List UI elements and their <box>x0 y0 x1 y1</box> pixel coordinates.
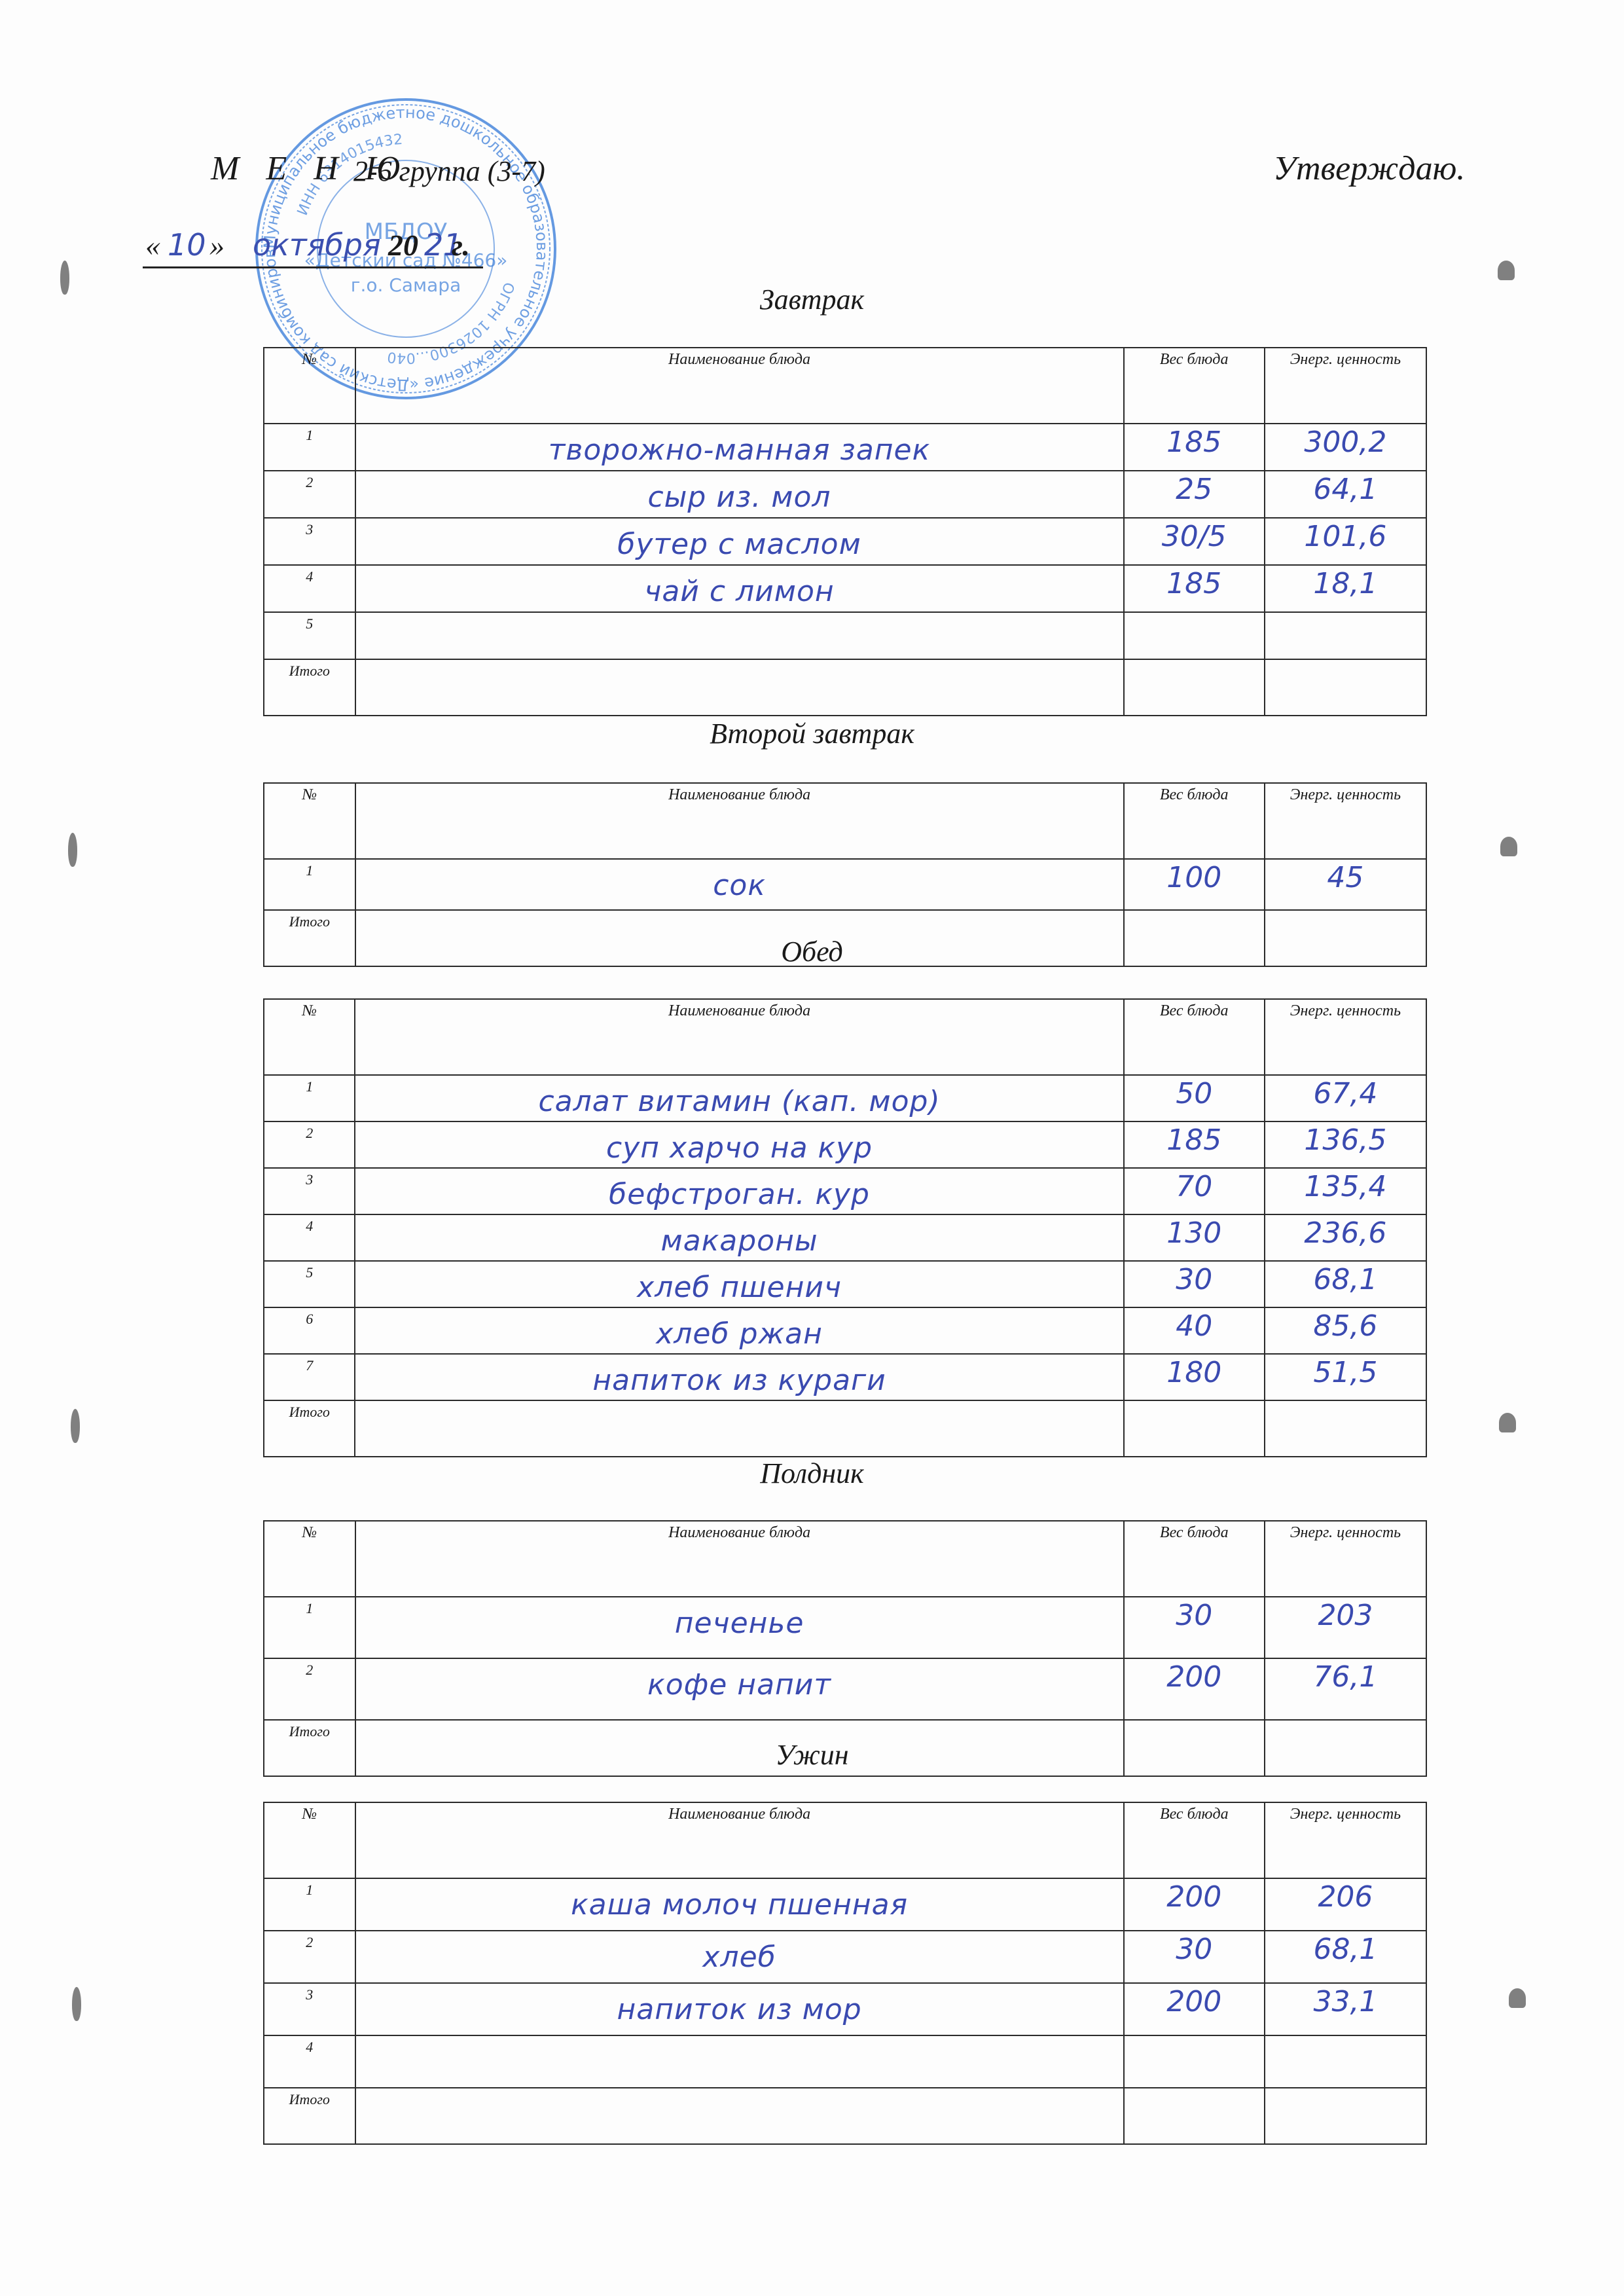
dish-weight: 30 <box>1125 1933 1264 1966</box>
dish-energy-cell: 51,5 <box>1265 1354 1426 1400</box>
dish-energy-cell: 76,1 <box>1265 1658 1426 1720</box>
punch-hole-mark <box>1509 1988 1526 2008</box>
dish-energy: 85,6 <box>1265 1309 1426 1343</box>
dish-name: напиток из мор <box>356 1993 1123 2026</box>
dish-weight: 200 <box>1125 1985 1264 2018</box>
dish-energy-cell: 236,6 <box>1265 1214 1426 1261</box>
total-label: Итого <box>264 2088 355 2144</box>
table-header-row: №Наименование блюдаВес блюдаЭнерг. ценно… <box>264 1802 1426 1878</box>
dish-energy: 18,1 <box>1265 567 1426 600</box>
dish-weight-cell: 40 <box>1124 1307 1265 1354</box>
dish-name: творожно-манная запек <box>356 433 1123 467</box>
dish-energy-cell: 33,1 <box>1265 1983 1426 2035</box>
dish-energy-cell: 136,5 <box>1265 1121 1426 1168</box>
row-number: 4 <box>264 1214 355 1261</box>
document-date: « 10 » октября 20 21 г. <box>143 226 483 268</box>
total-label: Итого <box>264 1400 355 1457</box>
date-open-quote: « <box>145 228 160 263</box>
table-row: 2суп харчо на кур185136,5 <box>264 1121 1426 1168</box>
dish-name-cell: бутер с маслом <box>355 518 1124 565</box>
dish-name: хлеб ржан <box>355 1317 1123 1351</box>
dish-name-cell: бефстроган. кур <box>355 1168 1123 1214</box>
table-row: 7напиток из кураги18051,5 <box>264 1354 1426 1400</box>
dish-weight-cell: 200 <box>1124 1658 1265 1720</box>
column-header-number: № <box>264 999 355 1075</box>
table-row: 5хлеб пшенич3068,1 <box>264 1261 1426 1307</box>
column-header-weight: Вес блюда <box>1124 1802 1265 1878</box>
table-row: 3бутер с маслом30/5101,6 <box>264 518 1426 565</box>
menu-document-page: Муниципальное бюджетное дошкольное образ… <box>0 0 1624 2296</box>
row-number: 3 <box>264 518 355 565</box>
dish-energy-cell: 101,6 <box>1265 518 1426 565</box>
dish-energy: 206 <box>1265 1880 1426 1914</box>
dish-weight-cell: 200 <box>1124 1983 1265 2035</box>
dish-energy: 135,4 <box>1265 1170 1426 1203</box>
dish-name-cell: хлеб ржан <box>355 1307 1123 1354</box>
table-row: 1творожно-манная запек185300,2 <box>264 424 1426 471</box>
dish-weight-cell: 185 <box>1124 424 1265 471</box>
column-header-weight: Вес блюда <box>1124 348 1265 424</box>
dish-weight-cell: 100 <box>1124 859 1265 910</box>
dish-name: каша молоч пшенная <box>356 1888 1123 1922</box>
table-row: 6хлеб ржан4085,6 <box>264 1307 1426 1354</box>
dish-name: макароны <box>355 1224 1123 1258</box>
dish-energy-cell: 64,1 <box>1265 471 1426 518</box>
column-header-energy: Энерг. ценность <box>1265 348 1426 424</box>
table-row: 1салат витамин (кап. мор)5067,4 <box>264 1075 1426 1121</box>
column-header-energy: Энерг. ценность <box>1265 999 1426 1075</box>
dish-name-cell: хлеб <box>355 1931 1124 1983</box>
menu-group-label: 2-6 группа (3-7) <box>353 155 545 188</box>
punch-hole-mark <box>71 1409 80 1443</box>
dish-name-cell <box>355 2035 1124 2088</box>
dish-name-cell: каша молоч пшенная <box>355 1878 1124 1931</box>
table-header-row: №Наименование блюдаВес блюдаЭнерг. ценно… <box>264 1521 1426 1597</box>
dish-name: кофе напит <box>356 1668 1123 1702</box>
dish-weight: 50 <box>1125 1077 1264 1110</box>
column-header-weight: Вес блюда <box>1124 999 1265 1075</box>
table-row: 1печенье30203 <box>264 1597 1426 1658</box>
column-header-name: Наименование блюда <box>355 999 1123 1075</box>
dish-name-cell: напиток из кураги <box>355 1354 1123 1400</box>
total-row: Итого <box>264 1400 1426 1457</box>
dish-energy: 68,1 <box>1265 1263 1426 1296</box>
dish-energy-cell: 45 <box>1265 859 1426 910</box>
table-row: 1каша молоч пшенная200206 <box>264 1878 1426 1931</box>
dish-name-cell: кофе напит <box>355 1658 1124 1720</box>
row-number: 1 <box>264 424 355 471</box>
table-header-row: №Наименование блюдаВес блюдаЭнерг. ценно… <box>264 348 1426 424</box>
column-header-name: Наименование блюда <box>355 1802 1124 1878</box>
dish-name: чай с лимон <box>356 575 1123 608</box>
dish-weight-cell: 30/5 <box>1124 518 1265 565</box>
dish-weight: 130 <box>1125 1216 1264 1250</box>
dish-energy-cell: 68,1 <box>1265 1931 1426 1983</box>
meal-table: №Наименование блюдаВес блюдаЭнерг. ценно… <box>263 347 1427 716</box>
dish-energy-cell: 18,1 <box>1265 565 1426 612</box>
meal-section-title: Обед <box>0 935 1624 968</box>
dish-weight: 200 <box>1125 1880 1264 1914</box>
table-row: 4макароны130236,6 <box>264 1214 1426 1261</box>
dish-name: салат витамин (кап. мор) <box>355 1085 1123 1118</box>
dish-weight: 185 <box>1125 1123 1264 1157</box>
dish-energy: 45 <box>1265 861 1426 894</box>
column-header-energy: Энерг. ценность <box>1265 1521 1426 1597</box>
table-row: 2кофе напит20076,1 <box>264 1658 1426 1720</box>
row-number: 1 <box>264 1597 355 1658</box>
meal-section-title: Второй завтрак <box>0 717 1624 750</box>
table-row: 5 <box>264 612 1426 659</box>
dish-name-cell: сыр из. мол <box>355 471 1124 518</box>
meal-section-title: Полдник <box>0 1457 1624 1490</box>
dish-energy: 236,6 <box>1265 1216 1426 1250</box>
table-row: 3бефстроган. кур70135,4 <box>264 1168 1426 1214</box>
dish-energy-cell <box>1265 612 1426 659</box>
punch-hole-mark <box>1498 261 1515 280</box>
column-header-energy: Энерг. ценность <box>1265 783 1426 859</box>
dish-energy-cell: 135,4 <box>1265 1168 1426 1214</box>
date-year-mark: г. <box>452 228 470 263</box>
table-row: 1сок10045 <box>264 859 1426 910</box>
total-value-cell <box>1124 659 1265 716</box>
row-number: 4 <box>264 2035 355 2088</box>
dish-weight-cell: 25 <box>1124 471 1265 518</box>
column-header-name: Наименование блюда <box>355 348 1124 424</box>
total-row: Итого <box>264 2088 1426 2144</box>
table-header-row: №Наименование блюдаВес блюдаЭнерг. ценно… <box>264 999 1426 1075</box>
dish-name: бутер с маслом <box>356 528 1123 561</box>
row-number: 3 <box>264 1168 355 1214</box>
dish-name: сыр из. мол <box>356 481 1123 514</box>
row-number: 2 <box>264 1931 355 1983</box>
dish-name: бефстроган. кур <box>355 1178 1123 1211</box>
punch-hole-mark <box>68 833 77 867</box>
dish-name-cell: макароны <box>355 1214 1123 1261</box>
total-value-cell <box>1124 2088 1265 2144</box>
dish-energy-cell: 203 <box>1265 1597 1426 1658</box>
dish-weight-cell <box>1124 2035 1265 2088</box>
dish-name-cell: напиток из мор <box>355 1983 1124 2035</box>
total-value-cell <box>355 1400 1123 1457</box>
dish-name-cell: хлеб пшенич <box>355 1261 1123 1307</box>
dish-energy: 33,1 <box>1265 1985 1426 2018</box>
dish-name-cell: суп харчо на кур <box>355 1121 1123 1168</box>
dish-name: напиток из кураги <box>355 1364 1123 1397</box>
total-label: Итого <box>264 659 355 716</box>
dish-weight-cell: 30 <box>1124 1597 1265 1658</box>
row-number: 2 <box>264 1121 355 1168</box>
table-header-row: №Наименование блюдаВес блюдаЭнерг. ценно… <box>264 783 1426 859</box>
table-row: 2хлеб3068,1 <box>264 1931 1426 1983</box>
date-day: 10 <box>168 227 206 263</box>
dish-weight-cell: 185 <box>1124 565 1265 612</box>
dish-weight-cell: 130 <box>1124 1214 1265 1261</box>
row-number: 5 <box>264 612 355 659</box>
row-number: 1 <box>264 1878 355 1931</box>
date-month: октября <box>253 227 381 263</box>
total-row: Итого <box>264 659 1426 716</box>
table-row: 3напиток из мор20033,1 <box>264 1983 1426 2035</box>
row-number: 1 <box>264 859 355 910</box>
dish-weight: 30 <box>1125 1263 1264 1296</box>
row-number: 6 <box>264 1307 355 1354</box>
dish-energy-cell: 300,2 <box>1265 424 1426 471</box>
row-number: 2 <box>264 1658 355 1720</box>
total-value-cell <box>355 2088 1124 2144</box>
dish-name-cell: печенье <box>355 1597 1124 1658</box>
column-header-number: № <box>264 1521 355 1597</box>
column-header-number: № <box>264 783 355 859</box>
dish-energy-cell: 68,1 <box>1265 1261 1426 1307</box>
row-number: 5 <box>264 1261 355 1307</box>
total-value-cell <box>1124 1400 1265 1457</box>
dish-energy: 76,1 <box>1265 1660 1426 1694</box>
column-header-weight: Вес блюда <box>1124 1521 1265 1597</box>
dish-weight-cell <box>1124 612 1265 659</box>
dish-weight-cell: 180 <box>1124 1354 1265 1400</box>
date-close-quote: » <box>209 228 225 263</box>
approval-label: Утверждаю. <box>1273 149 1465 188</box>
column-header-name: Наименование блюда <box>355 783 1124 859</box>
dish-name: хлеб <box>356 1941 1123 1974</box>
dish-name-cell: сок <box>355 859 1124 910</box>
table-row: 4чай с лимон18518,1 <box>264 565 1426 612</box>
dish-energy-cell: 206 <box>1265 1878 1426 1931</box>
meal-section-title: Ужин <box>0 1738 1624 1772</box>
row-number: 3 <box>264 1983 355 2035</box>
column-header-number: № <box>264 348 355 424</box>
dish-energy: 51,5 <box>1265 1356 1426 1389</box>
row-number: 7 <box>264 1354 355 1400</box>
dish-energy: 68,1 <box>1265 1933 1426 1966</box>
dish-weight-cell: 30 <box>1124 1931 1265 1983</box>
date-year-prefix: 20 <box>388 228 418 263</box>
punch-hole-mark <box>72 1987 81 2021</box>
dish-energy: 64,1 <box>1265 473 1426 506</box>
dish-weight-cell: 50 <box>1124 1075 1265 1121</box>
dish-weight: 200 <box>1125 1660 1264 1694</box>
total-value-cell <box>355 659 1124 716</box>
dish-energy: 203 <box>1265 1599 1426 1632</box>
dish-weight: 25 <box>1125 473 1264 506</box>
column-header-number: № <box>264 1802 355 1878</box>
total-value-cell <box>1265 1400 1426 1457</box>
dish-energy: 101,6 <box>1265 520 1426 553</box>
dish-name-cell: творожно-манная запек <box>355 424 1124 471</box>
dish-energy: 300,2 <box>1265 426 1426 459</box>
meal-table: №Наименование блюдаВес блюдаЭнерг. ценно… <box>263 1802 1427 2145</box>
punch-hole-mark <box>1500 837 1517 856</box>
dish-weight-cell: 200 <box>1124 1878 1265 1931</box>
dish-name: суп харчо на кур <box>355 1131 1123 1165</box>
dish-weight: 100 <box>1125 861 1264 894</box>
dish-weight: 70 <box>1125 1170 1264 1203</box>
dish-name-cell: чай с лимон <box>355 565 1124 612</box>
row-number: 2 <box>264 471 355 518</box>
column-header-energy: Энерг. ценность <box>1265 1802 1426 1878</box>
dish-weight-cell: 185 <box>1124 1121 1265 1168</box>
column-header-name: Наименование блюда <box>355 1521 1124 1597</box>
dish-weight: 180 <box>1125 1356 1264 1389</box>
total-value-cell <box>1265 2088 1426 2144</box>
table-row: 2сыр из. мол2564,1 <box>264 471 1426 518</box>
dish-name: печенье <box>356 1607 1123 1640</box>
dish-name-cell: салат витамин (кап. мор) <box>355 1075 1123 1121</box>
row-number: 4 <box>264 565 355 612</box>
total-value-cell <box>1265 659 1426 716</box>
punch-hole-mark <box>1499 1413 1516 1432</box>
row-number: 1 <box>264 1075 355 1121</box>
dish-energy-cell: 67,4 <box>1265 1075 1426 1121</box>
meal-table: №Наименование блюдаВес блюдаЭнерг. ценно… <box>263 998 1427 1457</box>
dish-energy: 67,4 <box>1265 1077 1426 1110</box>
dish-weight-cell: 30 <box>1124 1261 1265 1307</box>
dish-energy-cell <box>1265 2035 1426 2088</box>
dish-name: хлеб пшенич <box>355 1271 1123 1304</box>
dish-energy: 136,5 <box>1265 1123 1426 1157</box>
dish-weight: 185 <box>1125 426 1264 459</box>
dish-weight: 30/5 <box>1125 520 1264 553</box>
dish-energy-cell: 85,6 <box>1265 1307 1426 1354</box>
meal-section-title: Завтрак <box>0 283 1624 316</box>
dish-weight-cell: 70 <box>1124 1168 1265 1214</box>
dish-weight: 40 <box>1125 1309 1264 1343</box>
dish-name: сок <box>356 869 1123 902</box>
table-row: 4 <box>264 2035 1426 2088</box>
column-header-weight: Вес блюда <box>1124 783 1265 859</box>
dish-weight: 185 <box>1125 567 1264 600</box>
dish-name-cell <box>355 612 1124 659</box>
dish-weight: 30 <box>1125 1599 1264 1632</box>
